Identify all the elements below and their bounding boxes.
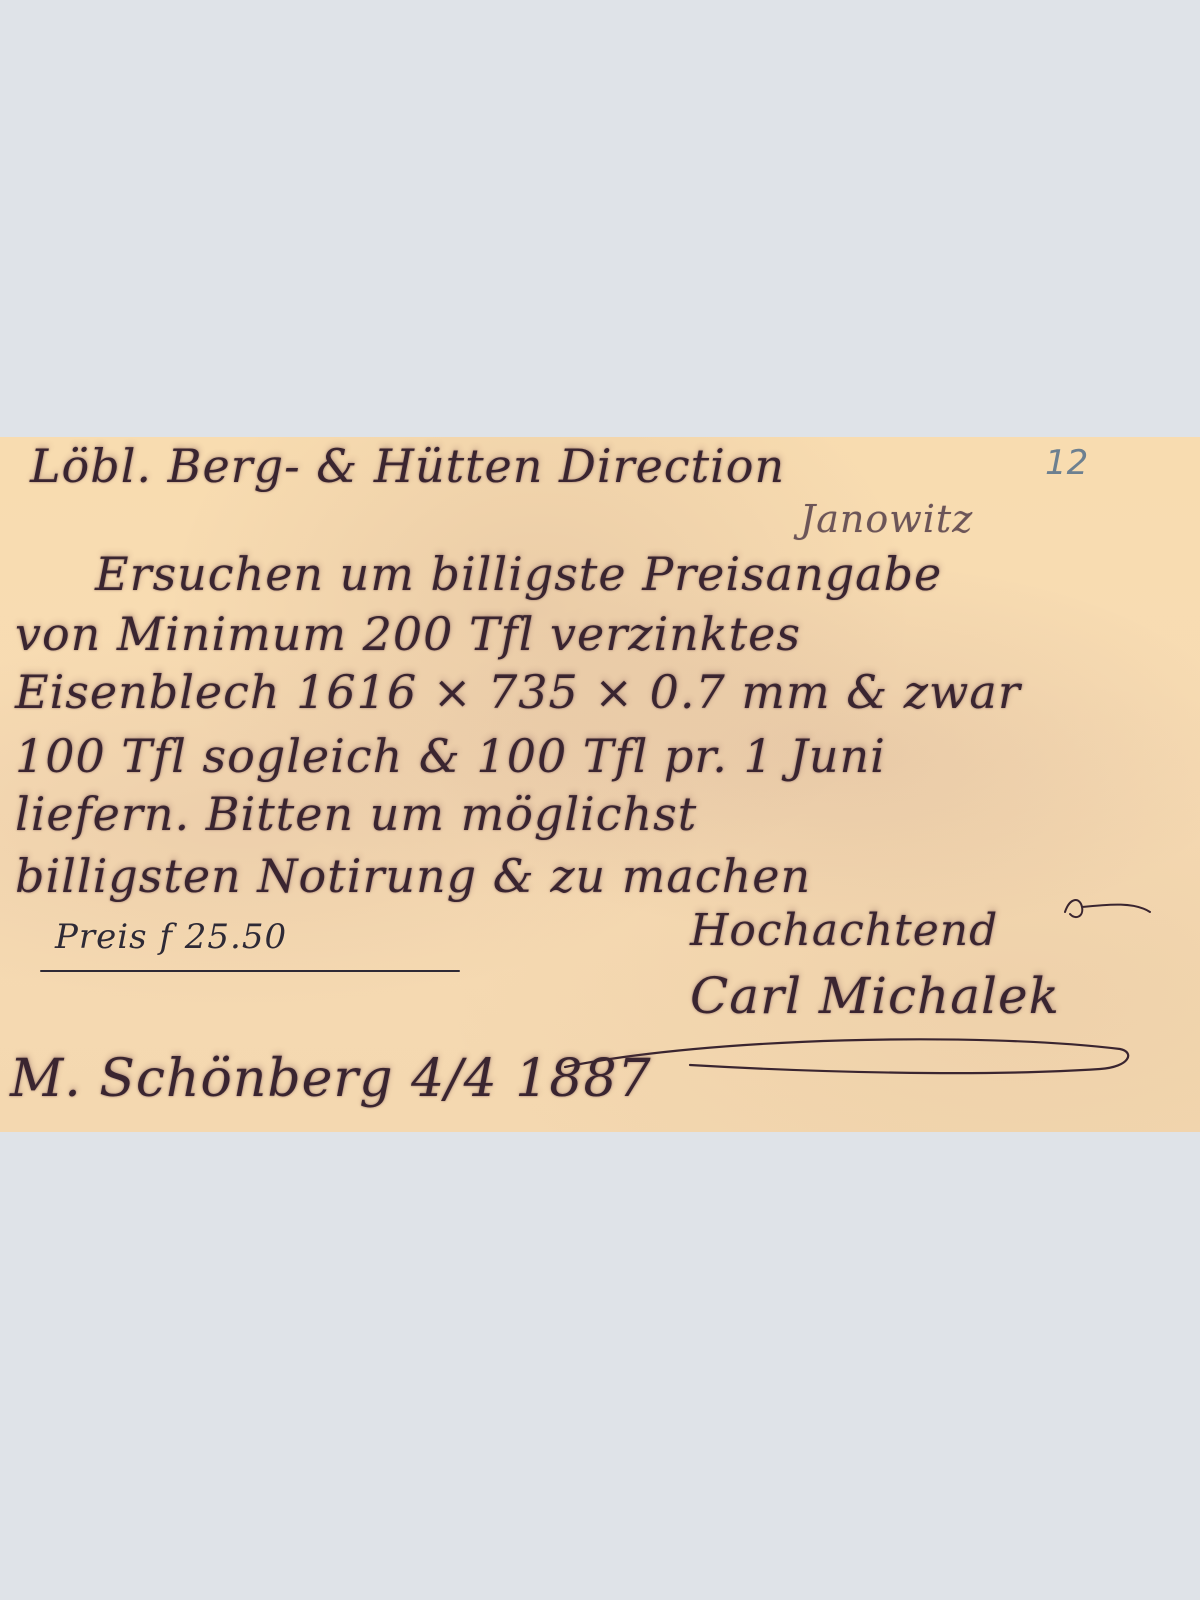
closing-salutation: Hochachtend bbox=[690, 905, 998, 956]
place-and-date: M. Schönberg 4/4 1887 bbox=[10, 1049, 652, 1109]
archive-number-annotation: 12 bbox=[1045, 443, 1088, 483]
postcard-document: Löbl. Berg- & Hütten Direction 12 Janowi… bbox=[0, 437, 1200, 1132]
body-line: von Minimum 200 Tfl verzinktes bbox=[15, 607, 801, 661]
addressee-line: Löbl. Berg- & Hütten Direction bbox=[30, 439, 785, 493]
body-line: liefern. Bitten um möglichst bbox=[15, 787, 697, 841]
price-note: Preis f 25.50 bbox=[55, 917, 287, 957]
price-underline bbox=[40, 970, 460, 972]
body-line: 100 Tfl sogleich & 100 Tfl pr. 1 Juni bbox=[15, 729, 886, 783]
body-line: billigsten Notirung & zu machen bbox=[15, 849, 811, 903]
addressee-place: Janowitz bbox=[800, 497, 973, 541]
closing-flourish bbox=[1060, 892, 1160, 932]
page-canvas: Löbl. Berg- & Hütten Direction 12 Janowi… bbox=[0, 0, 1200, 1600]
body-line: Eisenblech 1616 × 735 × 0.7 mm & zwar bbox=[15, 665, 1021, 719]
signature: Carl Michalek bbox=[690, 967, 1060, 1025]
body-line: Ersuchen um billigste Preisangabe bbox=[95, 547, 942, 601]
